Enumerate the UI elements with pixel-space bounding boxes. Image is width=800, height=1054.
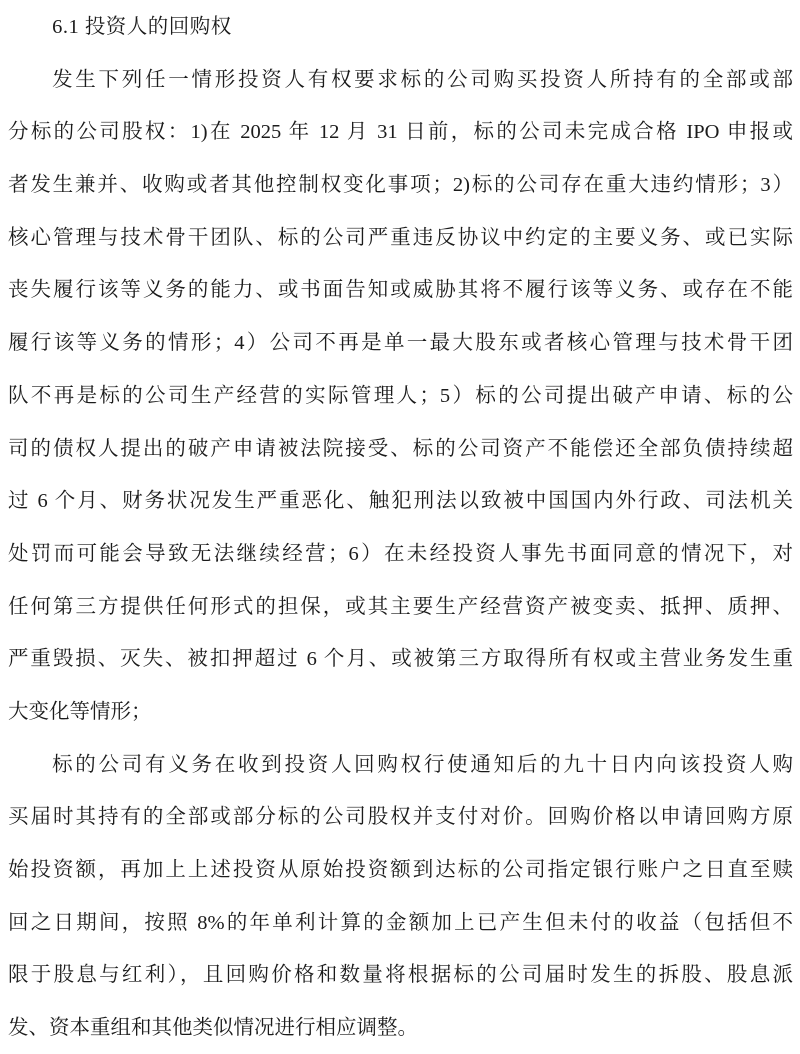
- text-line: 分标的公司股权：1)在 2025 年 12 月 31 日前，标的公司未完成合格 …: [8, 106, 793, 159]
- text-line: 丧失履行该等义务的能力、或书面告知或威胁其将不履行该等义务、或存在不能: [8, 264, 793, 317]
- text-line: 处罚而可能会导致无法继续经营；6）在未经投资人事先书面同意的情况下，对: [8, 528, 793, 581]
- text-line: 回之日期间，按照 8%的年单利计算的金额加上已产生但未付的收益（包括但不: [8, 897, 793, 950]
- text-line: 核心管理与技术骨干团队、标的公司严重违反协议中约定的主要义务、或已实际: [8, 212, 793, 265]
- paragraph: 发生下列任一情形投资人有权要求标的公司购买投资人所持有的全部或部分标的公司股权：…: [8, 54, 793, 739]
- text-line: 6.1 投资人的回购权: [8, 1, 793, 54]
- document-page: 6.1 投资人的回购权发生下列任一情形投资人有权要求标的公司购买投资人所持有的全…: [0, 0, 800, 1054]
- text-line: 发生下列任一情形投资人有权要求标的公司购买投资人所持有的全部或部: [8, 54, 793, 107]
- text-line: 严重毁损、灭失、被扣押超过 6 个月、或被第三方取得所有权或主营业务发生重: [8, 633, 793, 686]
- paragraph: 标的公司有义务在收到投资人回购权行使通知后的九十日内向该投资人购买届时其持有的全…: [8, 739, 793, 1054]
- text-line: 大变化等情形；: [8, 686, 793, 739]
- text-line: 始投资额，再加上上述投资从原始投资额到达标的公司指定银行账户之日直至赎: [8, 844, 793, 897]
- text-line: 履行该等义务的情形；4）公司不再是单一最大股东或者核心管理与技术骨干团: [8, 317, 793, 370]
- section-heading: 6.1 投资人的回购权: [8, 1, 793, 54]
- text-line: 过 6 个月、财务状况发生严重恶化、触犯刑法以致被中国国内外行政、司法机关: [8, 475, 793, 528]
- text-line: 发、资本重组和其他类似情况进行相应调整。: [8, 1002, 793, 1054]
- text-line: 者发生兼并、收购或者其他控制权变化事项；2)标的公司存在重大违约情形；3）: [8, 159, 793, 212]
- text-line: 买届时其持有的全部或部分标的公司股权并支付对价。回购价格以申请回购方原: [8, 791, 793, 844]
- text-line: 标的公司有义务在收到投资人回购权行使通知后的九十日内向该投资人购: [8, 739, 793, 792]
- document-body: 6.1 投资人的回购权发生下列任一情形投资人有权要求标的公司购买投资人所持有的全…: [8, 1, 793, 1054]
- text-line: 司的债权人提出的破产申请被法院接受、标的公司资产不能偿还全部负债持续超: [8, 423, 793, 476]
- text-line: 限于股息与红利），且回购价格和数量将根据标的公司届时发生的拆股、股息派: [8, 949, 793, 1002]
- text-line: 任何第三方提供任何形式的担保，或其主要生产经营资产被变卖、抵押、质押、: [8, 581, 793, 634]
- text-line: 队不再是标的公司生产经营的实际管理人；5）标的公司提出破产申请、标的公: [8, 370, 793, 423]
